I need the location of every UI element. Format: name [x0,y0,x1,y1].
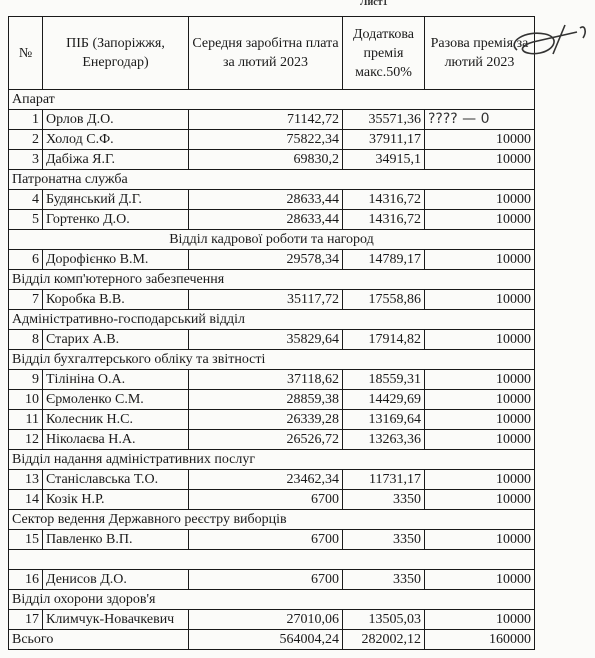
section-label: Відділ охорони здоров'я [9,590,535,610]
header-row: № ПІБ (Запоріжжя, Енергодар) Середня зар… [9,17,535,90]
row-name: Павленко В.П. [43,530,189,550]
table-row: 17Климчук-Новачкевич27010,0613505,031000… [9,610,535,630]
row-name: Старих А.В. [43,330,189,350]
section-label: Сектор ведення Державного реєстру виборц… [9,510,535,530]
row-bonus: 3350 [343,530,425,550]
row-bonus: 14429,69 [343,390,425,410]
row-bonus: 14789,17 [343,250,425,270]
row-one-time: 10000 [425,470,535,490]
row-bonus: 3350 [343,570,425,590]
section-label: Апарат [9,90,535,110]
row-num: 6 [9,250,43,270]
section-label: Відділ кадрової роботи та нагород [9,230,535,250]
row-one-time: 10000 [425,530,535,550]
table-row: 2Холод С.Ф.75822,3437911,1710000 [9,130,535,150]
row-one-time: 10000 [425,430,535,450]
row-name: Холод С.Ф. [43,130,189,150]
total-label: Всього [9,630,189,650]
row-one-time: 10000 [425,190,535,210]
row-salary: 23462,34 [189,470,343,490]
table-row: 15Павленко В.П.6700335010000 [9,530,535,550]
row-salary: 69830,2 [189,150,343,170]
row-one-time: 10000 [425,150,535,170]
section-label: Адміністративно-господарський відділ [9,310,535,330]
sheet-label: Лист1 [360,0,388,8]
row-name: Дабіжа Я.Г. [43,150,189,170]
section-row: Відділ надання адміністративних послуг [9,450,535,470]
row-bonus: 17558,86 [343,290,425,310]
section-row: Адміністративно-господарський відділ [9,310,535,330]
row-one-time: 10000 [425,290,535,310]
total-salary: 564004,24 [189,630,343,650]
row-bonus: 11731,17 [343,470,425,490]
row-name: Дорофієнко В.М. [43,250,189,270]
total-bonus: 282002,12 [343,630,425,650]
total-row: Всього 564004,24 282002,12 160000 [9,630,535,650]
header-num: № [9,17,43,90]
row-num: 4 [9,190,43,210]
row-num: 8 [9,330,43,350]
section-row [9,550,535,570]
row-num: 13 [9,470,43,490]
row-one-time: 10000 [425,610,535,630]
header-name: ПІБ (Запоріжжя, Енергодар) [43,17,189,90]
row-salary: 28859,38 [189,390,343,410]
row-salary: 29578,34 [189,250,343,270]
row-name: Коробка В.В. [43,290,189,310]
section-row: Апарат [9,90,535,110]
row-name: Тілініна О.А. [43,370,189,390]
row-num: 7 [9,290,43,310]
row-bonus: 37911,17 [343,130,425,150]
row-bonus: 13169,64 [343,410,425,430]
table-row: 16Денисов Д.О.6700335010000 [9,570,535,590]
row-bonus: 18559,31 [343,370,425,390]
row-num: 10 [9,390,43,410]
row-name: Єрмоленко С.М. [43,390,189,410]
row-num: 3 [9,150,43,170]
row-name: Климчук-Новачкевич [43,610,189,630]
row-name: Орлов Д.О. [43,110,189,130]
row-salary: 37118,62 [189,370,343,390]
row-salary: 26526,72 [189,430,343,450]
section-row: Відділ бухгалтерського обліку та звітнос… [9,350,535,370]
section-row: Патронатна служба [9,170,535,190]
section-label [9,550,535,570]
table-row: 6Дорофієнко В.М.29578,3414789,1710000 [9,250,535,270]
row-salary: 6700 [189,530,343,550]
row-name: Денисов Д.О. [43,570,189,590]
row-salary: 35117,72 [189,290,343,310]
section-row: Відділ комп'ютерного забезпечення [9,270,535,290]
row-one-time: 10000 [425,130,535,150]
row-num: 1 [9,110,43,130]
section-label: Відділ бухгалтерського обліку та звітнос… [9,350,535,370]
table-row: 9Тілініна О.А.37118,6218559,3110000 [9,370,535,390]
row-one-time: 10000 [425,370,535,390]
table-row: 11Колесник Н.С.26339,2813169,6410000 [9,410,535,430]
section-label: Патронатна служба [9,170,535,190]
handwritten-note: ???? — 0 [425,110,535,130]
signature-icon [505,20,590,65]
table-row: 1Орлов Д.О.71142,7235571,36???? — 0 [9,110,535,130]
section-row: Відділ охорони здоров'я [9,590,535,610]
row-salary: 27010,06 [189,610,343,630]
table-row: 5Гортенко Д.О.28633,4414316,7210000 [9,210,535,230]
row-one-time: 10000 [425,210,535,230]
table-row: 7Коробка В.В.35117,7217558,8610000 [9,290,535,310]
row-one-time: 10000 [425,330,535,350]
row-name: Будянський Д.Г. [43,190,189,210]
table-row: 14Козік Н.Р.6700335010000 [9,490,535,510]
row-one-time: 10000 [425,250,535,270]
table-row: 3Дабіжа Я.Г.69830,234915,110000 [9,150,535,170]
section-label: Відділ надання адміністративних послуг [9,450,535,470]
row-salary: 28633,44 [189,210,343,230]
row-num: 15 [9,530,43,550]
row-name: Колесник Н.С. [43,410,189,430]
row-bonus: 14316,72 [343,190,425,210]
row-bonus: 17914,82 [343,330,425,350]
row-num: 11 [9,410,43,430]
row-bonus: 3350 [343,490,425,510]
table-row: 12Ніколаєва Н.А.26526,7213263,3610000 [9,430,535,450]
row-bonus: 14316,72 [343,210,425,230]
header-bonus: Додаткова премія макс.50% [343,17,425,90]
row-salary: 71142,72 [189,110,343,130]
row-num: 2 [9,130,43,150]
row-name: Ніколаєва Н.А. [43,430,189,450]
row-one-time: 10000 [425,490,535,510]
table-row: 8Старих А.В.35829,6417914,8210000 [9,330,535,350]
row-salary: 75822,34 [189,130,343,150]
table-row: 4Будянський Д.Г.28633,4414316,7210000 [9,190,535,210]
row-bonus: 34915,1 [343,150,425,170]
row-name: Гортенко Д.О. [43,210,189,230]
row-num: 14 [9,490,43,510]
table-row: 13Станіславська Т.О.23462,3411731,171000… [9,470,535,490]
table-row: 10Єрмоленко С.М.28859,3814429,6910000 [9,390,535,410]
row-num: 16 [9,570,43,590]
row-bonus: 13505,03 [343,610,425,630]
row-num: 9 [9,370,43,390]
total-one-time: 160000 [425,630,535,650]
row-num: 5 [9,210,43,230]
row-bonus: 13263,36 [343,430,425,450]
section-label: Відділ комп'ютерного забезпечення [9,270,535,290]
row-one-time: 10000 [425,390,535,410]
header-salary: Середня заробітна плата за лютий 2023 [189,17,343,90]
section-row: Відділ кадрової роботи та нагород [9,230,535,250]
table-body: Апарат1Орлов Д.О.71142,7235571,36???? — … [9,90,535,630]
row-num: 12 [9,430,43,450]
row-one-time: 10000 [425,570,535,590]
row-salary: 6700 [189,570,343,590]
row-name: Станіславська Т.О. [43,470,189,490]
row-name: Козік Н.Р. [43,490,189,510]
row-salary: 26339,28 [189,410,343,430]
row-salary: 28633,44 [189,190,343,210]
row-one-time: 10000 [425,410,535,430]
row-salary: 35829,64 [189,330,343,350]
bonus-table: № ПІБ (Запоріжжя, Енергодар) Середня зар… [8,16,535,650]
row-num: 17 [9,610,43,630]
row-salary: 6700 [189,490,343,510]
row-bonus: 35571,36 [343,110,425,130]
section-row: Сектор ведення Державного реєстру виборц… [9,510,535,530]
